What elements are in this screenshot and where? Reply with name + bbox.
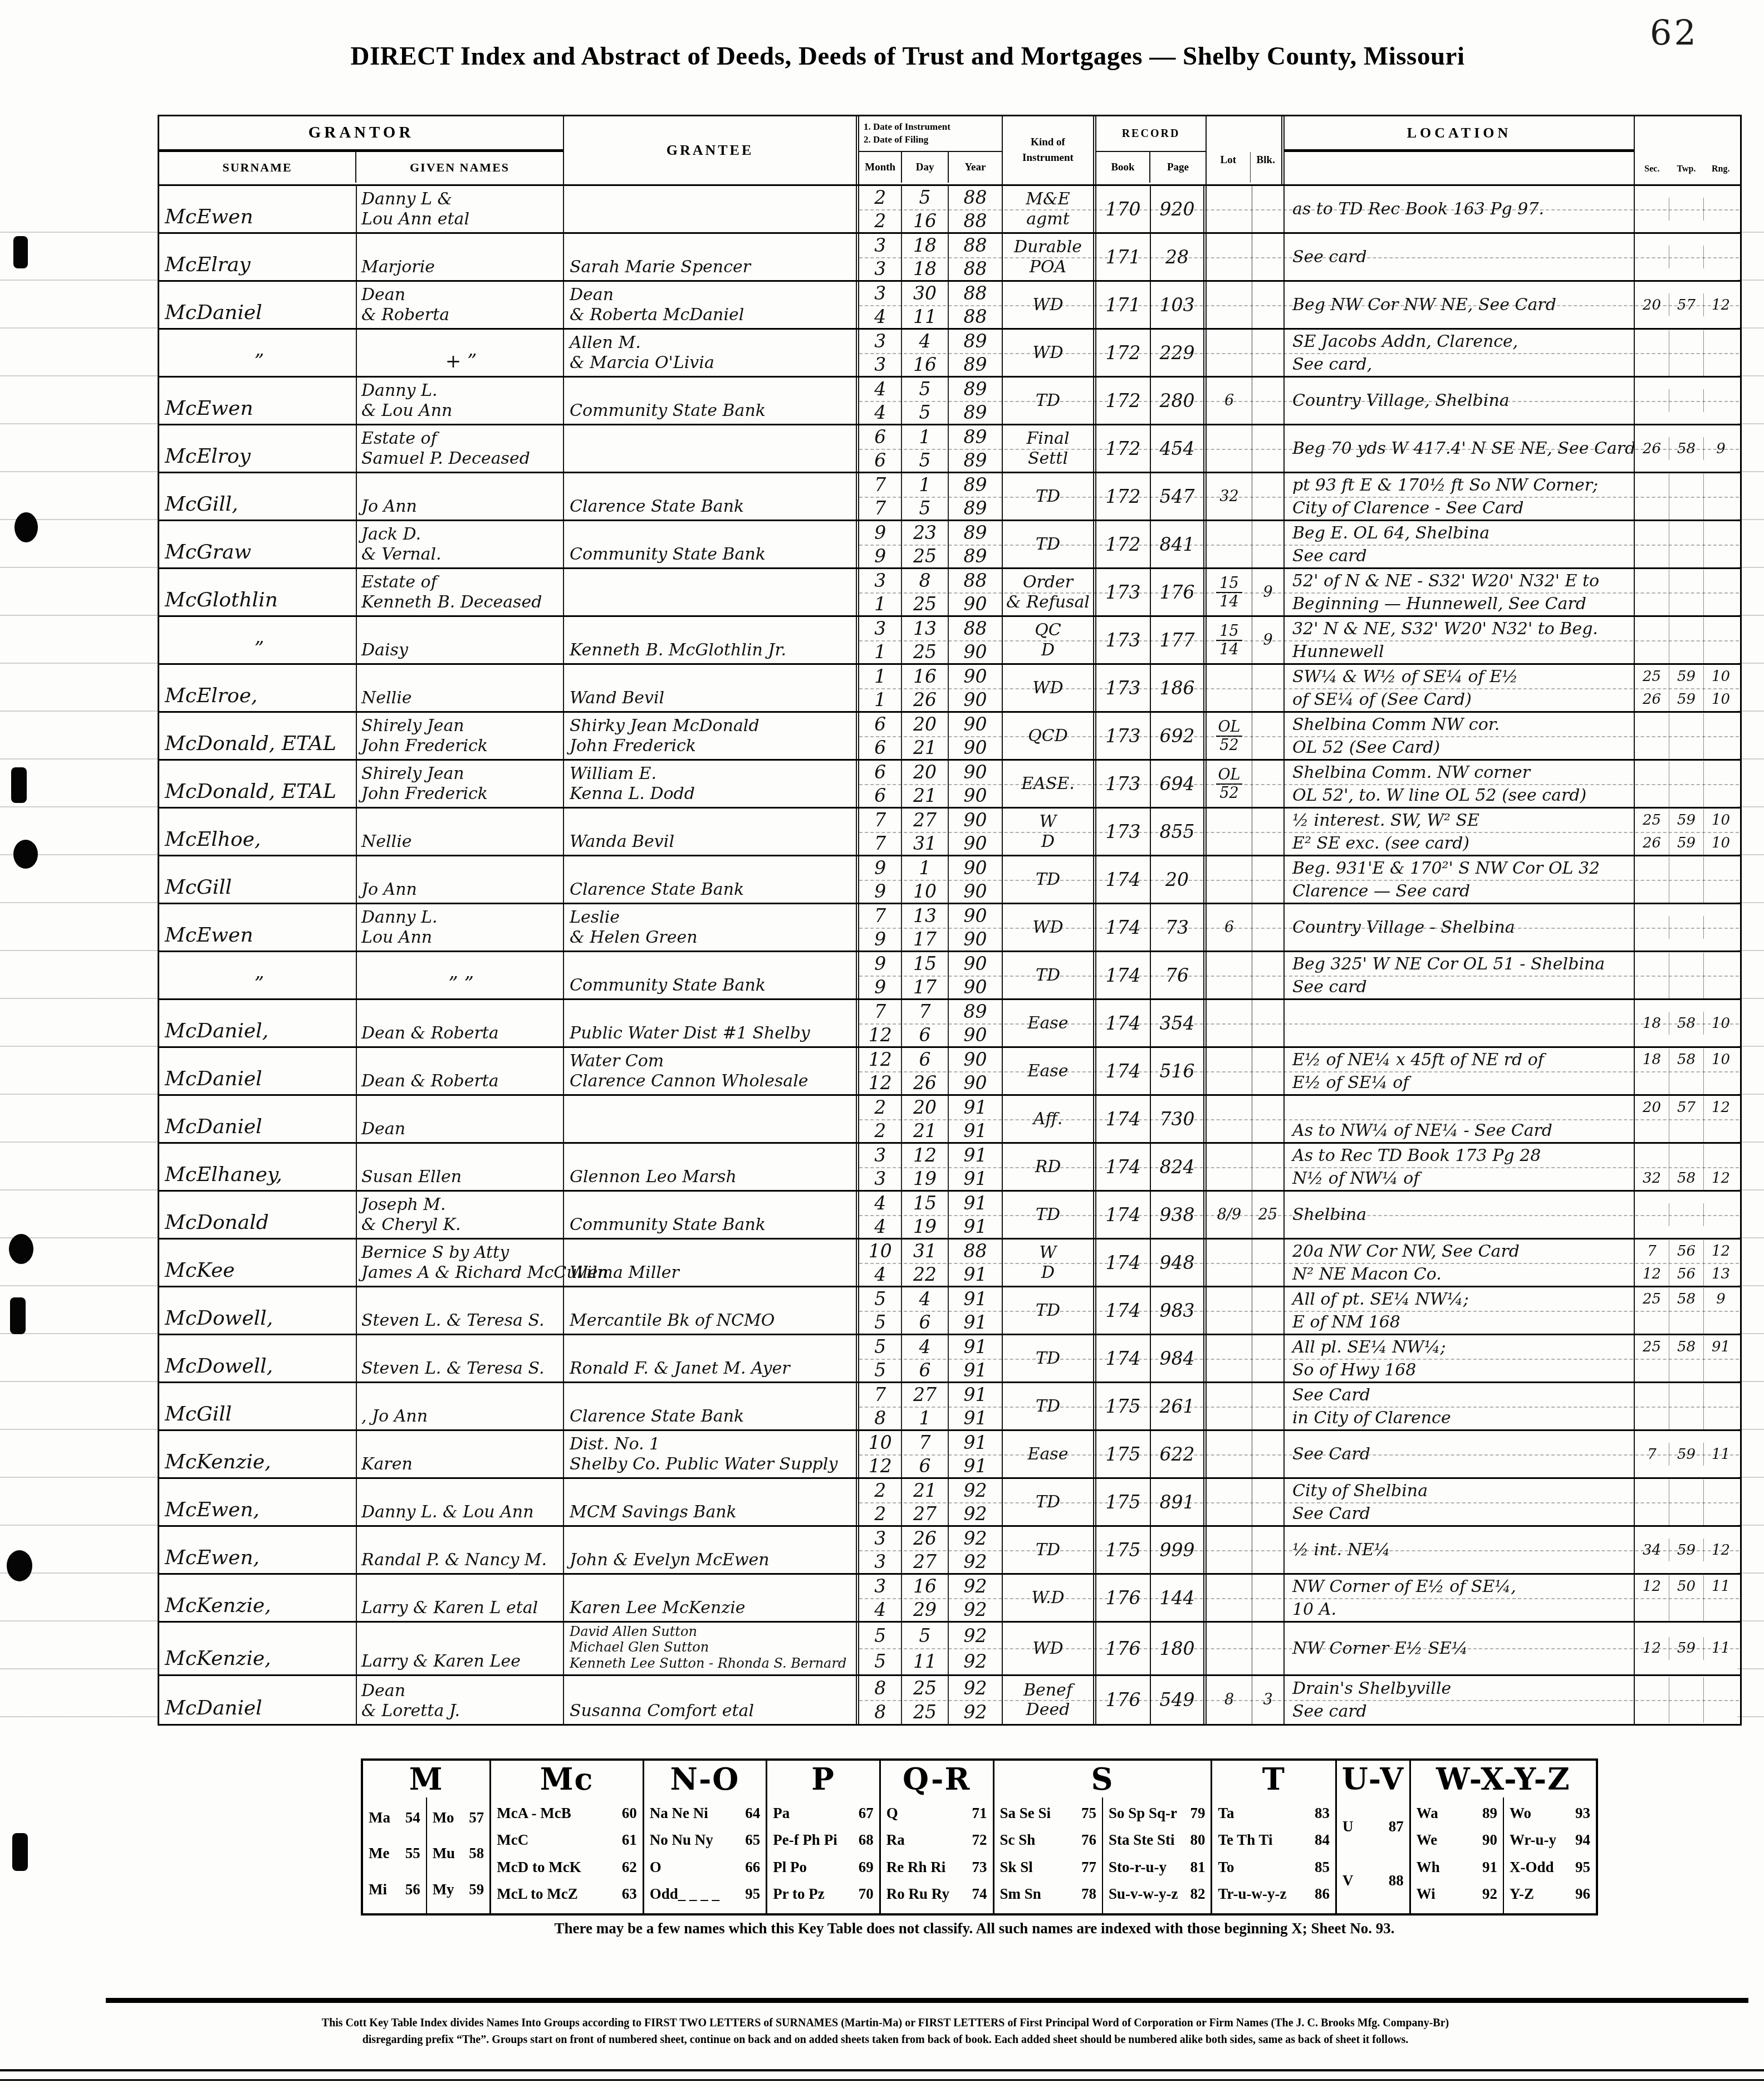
date-of-filing: 12590 <box>859 592 1002 616</box>
grantor-given-names-cell: Estate ofKenneth B. Deceased <box>357 569 564 615</box>
grantor-surname-cell: McDaniel, <box>159 1000 357 1046</box>
sec-twp-rng-cell <box>1635 617 1738 663</box>
date-part: 90 <box>949 1023 1002 1047</box>
date-part: 12 <box>859 1454 902 1478</box>
header-book: Book <box>1096 152 1150 183</box>
grantor-given-names-cell: Dean <box>357 1096 564 1142</box>
ledger-entry-row: ”” ”Community State Bank9159091790TD1747… <box>159 952 1740 1000</box>
key-table-note: There may be a few names which this Key … <box>278 1920 1670 1937</box>
surname-text: McGill <box>165 876 354 899</box>
rng-value <box>1704 1119 1738 1142</box>
kind-of-instrument-cell: RD <box>1003 1144 1096 1190</box>
grantee-text: John & Evelyn McEwen <box>570 1550 854 1570</box>
key-sheet-number: 90 <box>1482 1831 1497 1849</box>
record-page-cell: 20 <box>1151 856 1207 903</box>
location-cell: 20a NW Cor NW, See CardN² NE Macon Co. <box>1285 1240 1635 1286</box>
key-sheet-number: 71 <box>972 1805 987 1822</box>
grantee-cell: Community State Bank <box>564 1192 859 1238</box>
date-part: 6 <box>859 713 902 736</box>
date-part: 4 <box>902 330 948 353</box>
grantor-surname-cell: McKenzie, <box>159 1575 357 1621</box>
header-location-group: LOCATION <box>1285 116 1635 184</box>
location-line: of SE¼ of (See Card) <box>1292 688 1634 711</box>
sec-twp-rng-line <box>1635 389 1738 412</box>
sec-twp-rng-cell <box>1635 761 1738 807</box>
grantor-surname-cell: McDaniel <box>159 1096 357 1142</box>
rng-value <box>1704 713 1738 736</box>
grantee-text: & Marcia O'Livia <box>570 353 854 373</box>
key-sheet-number: 59 <box>469 1881 484 1898</box>
dates-cell: 9159091790 <box>859 952 1003 998</box>
surname-text: McGlothlin <box>165 589 354 612</box>
kind-of-instrument-cell: BenefDeed <box>1003 1676 1096 1724</box>
kind-of-instrument-cell: M&Eagmt <box>1003 186 1096 232</box>
date-of-instrument: 62090 <box>859 713 1002 736</box>
date-part: 21 <box>902 1119 948 1143</box>
key-column: Pa67Pe-f Ph Pi68Pl Po69Pr to Pz70 <box>767 1797 879 1913</box>
header-record: RECORD <box>1096 116 1206 152</box>
record-book-cell: 174 <box>1096 1144 1151 1190</box>
date-part: 26 <box>902 1071 948 1095</box>
date-part: 89 <box>949 497 1002 520</box>
record-page-cell: 855 <box>1151 809 1207 855</box>
date-part: 20 <box>902 761 948 784</box>
record-page-cell: 280 <box>1151 378 1207 424</box>
record-page-cell: 938 <box>1151 1192 1207 1238</box>
blk-cell <box>1252 1479 1285 1525</box>
location-text: All of pt. SE¼ NW¼; <box>1292 1290 1469 1309</box>
sec-twp-rng-cell <box>1635 1192 1738 1238</box>
date-part: 19 <box>902 1167 948 1191</box>
blk-cell <box>1252 521 1285 567</box>
location-cell: Shelbina <box>1285 1192 1635 1238</box>
date-part: 89 <box>949 1000 1002 1023</box>
grantor-given-names-cell: + ” <box>357 330 564 376</box>
grantor-given-names-cell: ” ” <box>357 952 564 998</box>
sec-twp-rng-cell <box>1635 1383 1738 1429</box>
date-of-instrument: 4589 <box>859 378 1002 401</box>
given-names-text: Marjorie <box>361 257 561 277</box>
grantor-given-names-cell: Nellie <box>357 809 564 855</box>
key-section-title: Q-R <box>881 1761 993 1797</box>
twp-value: 59 <box>1669 688 1704 711</box>
key-row: X-Odd95 <box>1504 1859 1596 1876</box>
date-part: 1 <box>902 473 948 497</box>
grantee-cell: David Allen SuttonMichael Glen SuttonKen… <box>564 1623 859 1674</box>
given-names-text: Estate of <box>361 572 561 592</box>
date-of-filing: 122690 <box>859 1071 1002 1095</box>
record-page-cell: 622 <box>1151 1431 1207 1477</box>
hole-punch-mark <box>12 1833 28 1871</box>
sec-twp-rng-line <box>1635 1384 1738 1407</box>
location-line: 32' N & NE, S32' W20' N32' to Beg. <box>1292 618 1634 640</box>
record-book-cell: 170 <box>1096 186 1151 232</box>
twp-value: 59 <box>1669 1637 1704 1660</box>
date-part: 4 <box>859 1263 902 1286</box>
location-line: So of Hwy 168 <box>1292 1359 1634 1381</box>
date-part: 88 <box>949 186 1002 209</box>
date-part: 21 <box>902 784 948 807</box>
heavy-divider-rule <box>106 1998 1748 2003</box>
lot-value: 32 <box>1219 488 1238 505</box>
ledger-entry-row: McDonaldJoseph M.& Cheryl K.Community St… <box>159 1192 1740 1240</box>
date-part: 6 <box>859 784 902 807</box>
date-part: 3 <box>859 1575 902 1598</box>
kind-of-instrument-cell: QCD <box>1003 617 1096 663</box>
grantor-given-names-cell: Karen <box>357 1431 564 1477</box>
header-date-filing: 2. Date of Filing <box>864 134 928 146</box>
key-letter-group: Na Ne Ni <box>650 1805 708 1822</box>
location-text: So of Hwy 168 <box>1292 1360 1416 1380</box>
twp-value <box>1669 353 1704 376</box>
record-book-cell: 174 <box>1096 1096 1151 1142</box>
kind-text: WD <box>1033 343 1064 362</box>
sec-value <box>1635 1479 1669 1502</box>
rng-value <box>1704 330 1738 353</box>
given-names-text: Danny L. <box>361 908 561 927</box>
key-sheet-number: 75 <box>1081 1805 1096 1822</box>
location-text: See Card <box>1292 1444 1370 1464</box>
grantee-text: & Roberta McDaniel <box>570 305 854 325</box>
sec-twp-rng-line <box>1635 545 1738 567</box>
date-part: 31 <box>902 832 948 855</box>
lot-cell <box>1207 1000 1252 1046</box>
location-text: N½ of NW¼ of <box>1292 1169 1419 1188</box>
grantee-text: Allen M. <box>570 333 854 352</box>
location-text: Beginning — Hunnewell, See Card <box>1292 594 1586 614</box>
kind-of-instrument-cell: Ease <box>1003 1000 1096 1046</box>
location-line: As to Rec TD Book 173 Pg 28 <box>1292 1144 1634 1167</box>
kind-text: Aff. <box>1033 1109 1062 1129</box>
sec-value <box>1635 1311 1669 1334</box>
lot-cell: 6 <box>1207 904 1252 951</box>
surname-text: McDowell, <box>165 1307 354 1330</box>
date-part: 90 <box>949 640 1002 664</box>
blk-cell: 3 <box>1252 1676 1285 1724</box>
date-of-instrument: 71390 <box>859 904 1002 928</box>
key-sheet-number: 80 <box>1190 1831 1205 1849</box>
dates-cell: 1079112691 <box>859 1431 1003 1477</box>
key-row: Tr-u-w-y-z86 <box>1212 1885 1335 1903</box>
blk-cell <box>1252 1287 1285 1334</box>
sec-value: 26 <box>1635 832 1669 855</box>
location-text: See card <box>1292 247 1367 267</box>
grantee-text: Dean <box>570 285 854 305</box>
dates-cell: 258821688 <box>859 186 1003 232</box>
lot-value: 52 <box>1216 783 1242 802</box>
record-page-cell: 73 <box>1151 904 1207 951</box>
key-row: McD to McK62 <box>491 1859 643 1876</box>
ledger-entry-row: McGill,Jo AnnClarence State Bank71897589… <box>159 473 1740 521</box>
key-row: No Nu Ny65 <box>644 1831 766 1849</box>
kind-of-instrument-cell: TD <box>1003 521 1096 567</box>
date-of-instrument: 31291 <box>859 1144 1002 1167</box>
header-dates-group: 1. Date of Instrument 2. Date of Filing … <box>859 116 1003 184</box>
record-book-cell: 173 <box>1096 809 1151 855</box>
date-part: 88 <box>949 1240 1002 1263</box>
date-part: 90 <box>949 832 1002 855</box>
date-part: 89 <box>949 378 1002 401</box>
location-line: NW Corner E½ SE¼ <box>1292 1637 1634 1660</box>
given-names-text: Randal P. & Nancy M. <box>361 1550 561 1570</box>
record-book-cell: 175 <box>1096 1527 1151 1573</box>
hole-punch-mark <box>11 767 27 803</box>
location-text: NW Corner of E½ of SE¼, <box>1292 1577 1516 1596</box>
rng-value <box>1704 953 1738 976</box>
given-names-text: Lou Ann <box>361 928 561 947</box>
lot-cell: 1514 <box>1207 617 1252 663</box>
rng-value <box>1704 545 1738 567</box>
key-row: To85 <box>1212 1859 1335 1876</box>
table-header: GRANTOR SURNAME GIVEN NAMES GRANTEE 1. D… <box>159 116 1740 186</box>
date-part: 12 <box>859 1023 902 1047</box>
sec-twp-rng-cell: 125911 <box>1635 1623 1738 1674</box>
lot-cell: 32 <box>1207 473 1252 520</box>
record-page-cell: 948 <box>1151 1240 1207 1286</box>
grantor-surname-cell: McDowell, <box>159 1335 357 1381</box>
date-part: 16 <box>902 665 948 688</box>
grantee-text: William E. <box>570 764 854 783</box>
given-names-text: James A & Richard McCullen <box>361 1263 561 1282</box>
key-row: Pa67 <box>767 1805 879 1822</box>
location-text: Shelbina Comm NW cor. <box>1292 715 1500 734</box>
surname-text: McElhoe, <box>165 828 354 851</box>
sec-value <box>1635 953 1669 976</box>
sec-twp-rng-cell: 255910265910 <box>1635 665 1738 711</box>
grantor-surname-cell: McElray <box>159 234 357 280</box>
location-text: Clarence — See card <box>1292 881 1470 901</box>
record-page-cell: 28 <box>1151 234 1207 280</box>
bottom-edge-rule <box>0 2079 1764 2081</box>
lot-value: 14 <box>1216 640 1242 658</box>
rng-value <box>1704 1502 1738 1525</box>
key-section-n-o: N-ONa Ne Ni64No Nu Ny65O66Odd_ _ _ _95 <box>644 1761 767 1913</box>
location-text: See card <box>1292 977 1367 997</box>
sec-value <box>1635 522 1669 545</box>
twp-value <box>1669 497 1704 520</box>
date-part: 27 <box>902 1502 948 1526</box>
grantor-surname-cell: McDowell, <box>159 1287 357 1334</box>
lot-cell: 6 <box>1207 378 1252 424</box>
date-part: 90 <box>949 592 1002 616</box>
sec-value <box>1635 640 1669 663</box>
sec-twp-rng-line <box>1635 198 1738 221</box>
sec-twp-rng-line <box>1635 857 1738 880</box>
date-part: 8 <box>859 1700 902 1724</box>
grantor-surname-cell: McKenzie, <box>159 1623 357 1674</box>
kind-of-instrument-cell: Aff. <box>1003 1096 1096 1142</box>
twp-value: 58 <box>1669 1012 1704 1035</box>
sheet-number: 62 <box>1650 12 1698 53</box>
location-line: NW Corner of E½ of SE¼, <box>1292 1575 1634 1598</box>
ledger-entry-row: McEwenDanny L.Lou AnnLeslie& Helen Green… <box>159 904 1740 952</box>
date-part: 6 <box>902 1359 948 1382</box>
date-part: 7 <box>859 832 902 855</box>
key-sheet-number: 74 <box>972 1885 987 1903</box>
key-row: Sc Sh76 <box>994 1831 1102 1849</box>
record-book-cell: 174 <box>1096 1048 1151 1094</box>
kind-text: WD <box>1033 295 1064 315</box>
twp-value <box>1669 976 1704 998</box>
sec-twp-rng-cell <box>1635 378 1738 424</box>
grantee-cell: Karen Lee McKenzie <box>564 1575 859 1621</box>
date-part: 20 <box>902 713 948 736</box>
sec-value <box>1635 1203 1669 1226</box>
location-text: All pl. SE¼ NW¼; <box>1292 1338 1446 1357</box>
key-row: Mo57 <box>427 1809 490 1826</box>
twp-value: 59 <box>1669 1539 1704 1561</box>
date-part: 7 <box>859 1000 902 1023</box>
dates-cell: 3269232792 <box>859 1527 1003 1573</box>
kind-text: Order <box>1023 572 1073 592</box>
kind-text: Benef <box>1023 1681 1072 1700</box>
key-letter-group: Wa <box>1417 1805 1438 1822</box>
sec-value <box>1635 330 1669 353</box>
date-part: 3 <box>859 1144 902 1167</box>
date-of-filing: 41188 <box>859 305 1002 329</box>
location-line: SE Jacobs Addn, Clarence, <box>1292 330 1634 353</box>
key-sheet-number: 70 <box>859 1885 874 1903</box>
date-of-filing: 62190 <box>859 736 1002 760</box>
location-text: of SE¼ of (See Card) <box>1292 690 1472 709</box>
key-letter-group: McA - McB <box>497 1805 571 1822</box>
blk-cell <box>1252 713 1285 759</box>
kind-text: D <box>1041 640 1055 660</box>
sec-twp-rng-cell: 185810 <box>1635 1000 1738 1046</box>
grantee-cell: Ronald F. & Janet M. Ayer <box>564 1335 859 1381</box>
date-part: 3 <box>859 617 902 640</box>
rng-value <box>1704 1359 1738 1381</box>
rng-value: 91 <box>1704 1336 1738 1359</box>
rng-value <box>1704 1479 1738 1502</box>
kind-of-instrument-cell: EASE. <box>1003 761 1096 807</box>
twp-value <box>1669 330 1704 353</box>
header-sec: Sec. <box>1635 154 1669 184</box>
lot-value: OL <box>1218 718 1240 736</box>
grantor-given-names-cell: Randal P. & Nancy M. <box>357 1527 564 1573</box>
twp-value <box>1669 618 1704 640</box>
grantor-surname-cell: McGill <box>159 856 357 903</box>
date-part: 7 <box>859 473 902 497</box>
date-of-instrument: 92389 <box>859 521 1002 545</box>
key-column: Wo93Wr-u-y94X-Odd95Y-Z96 <box>1503 1797 1596 1913</box>
date-part: 26 <box>902 688 948 712</box>
date-part: 91 <box>949 1144 1002 1167</box>
date-part: 2 <box>859 1096 902 1119</box>
key-row: Mi56 <box>363 1881 426 1898</box>
key-letter-group: U <box>1342 1818 1354 1835</box>
location-cell: Shelbina Comm. NW cornerOL 52', to. W li… <box>1285 761 1635 807</box>
location-cell: NW Corner E½ SE¼ <box>1285 1623 1635 1674</box>
date-of-filing: 91790 <box>859 928 1002 951</box>
date-of-instrument: 103188 <box>859 1240 1002 1263</box>
ledger-entry-row: McDowell,Steven L. & Teresa S.Mercantile… <box>159 1287 1740 1335</box>
date-part: 5 <box>859 1287 902 1311</box>
date-part: 4 <box>859 1598 902 1621</box>
grantee-cell: MCM Savings Bank <box>564 1479 859 1525</box>
date-part: 17 <box>902 928 948 951</box>
location-line: Hunnewell <box>1292 640 1634 663</box>
sec-value <box>1635 353 1669 376</box>
rng-value <box>1704 1677 1738 1700</box>
sec-value: 25 <box>1635 1336 1669 1359</box>
grantee-text: & Helen Green <box>570 928 854 947</box>
grantor-surname-cell: McElroy <box>159 425 357 472</box>
lot-cell <box>1207 1479 1252 1525</box>
sec-twp-rng-cell: 26589 <box>1635 425 1738 472</box>
key-letter-group: We <box>1417 1831 1438 1849</box>
grantee-text: Karen Lee McKenzie <box>570 1598 854 1618</box>
surname-text: McDaniel <box>165 301 354 325</box>
dates-cell: 3308841188 <box>859 282 1003 328</box>
header-kind-line2: Instrument <box>1022 150 1074 166</box>
dates-cell: 3188831888 <box>859 234 1003 280</box>
grantee-text: Clarence State Bank <box>570 880 854 899</box>
sec-twp-rng-cell <box>1635 1479 1738 1525</box>
date-of-instrument: 7789 <box>859 1000 1002 1023</box>
date-of-instrument: 9190 <box>859 856 1002 880</box>
sec-value <box>1635 497 1669 520</box>
grantor-given-names-cell: Dean& Loretta J. <box>357 1676 564 1724</box>
kind-text: WD <box>1033 678 1064 698</box>
rng-value <box>1704 389 1738 412</box>
sec-value <box>1635 1502 1669 1525</box>
sec-twp-rng-cell: 75612125613 <box>1635 1240 1738 1286</box>
surname-text: McDonald <box>165 1211 354 1234</box>
location-line: City of Clarence - See Card <box>1292 497 1634 520</box>
key-sheet-number: 69 <box>859 1859 874 1876</box>
sec-twp-rng-line <box>1635 736 1738 759</box>
record-book-cell: 171 <box>1096 234 1151 280</box>
date-part: 3 <box>859 282 902 305</box>
kind-of-instrument-cell: W.D <box>1003 1575 1096 1621</box>
grantor-surname-cell: ” <box>159 330 357 376</box>
sec-twp-rng-line <box>1635 1677 1738 1700</box>
date-part: 3 <box>859 1527 902 1550</box>
date-part: 89 <box>949 449 1002 472</box>
date-part: 90 <box>949 952 1002 976</box>
grantor-given-names-cell: Danny L. & Lou Ann <box>357 1479 564 1525</box>
key-sheet-number: 63 <box>622 1885 637 1903</box>
key-column: Na Ne Ni64No Nu Ny65O66Odd_ _ _ _95 <box>644 1797 766 1913</box>
given-names-text: Danny L. & Lou Ann <box>361 1502 561 1522</box>
date-part: 31 <box>902 1240 948 1263</box>
grantor-given-names-cell: Susan Ellen <box>357 1144 564 1190</box>
twp-value <box>1669 1311 1704 1334</box>
key-section-title: M <box>363 1761 489 1797</box>
location-line: Shelbina Comm NW cor. <box>1292 713 1634 736</box>
date-of-instrument: 3489 <box>859 330 1002 353</box>
location-cell: As to NW¼ of NE¼ - See Card <box>1285 1096 1635 1142</box>
rng-value <box>1704 857 1738 880</box>
grantee-cell: Shirky Jean McDonaldJohn Frederick <box>564 713 859 759</box>
rng-value <box>1704 1598 1738 1621</box>
grantee-text: Sarah Marie Spencer <box>570 257 854 277</box>
record-page-cell: 984 <box>1151 1335 1207 1381</box>
kind-of-instrument-cell: Ease <box>1003 1431 1096 1477</box>
date-of-filing: 31888 <box>859 257 1002 281</box>
ledger-entry-row: McGill, Jo AnnClarence State Bank7279181… <box>159 1383 1740 1431</box>
date-part: 7 <box>902 1000 948 1023</box>
date-part: 88 <box>949 305 1002 329</box>
legend-line-2: disregarding prefix “The”. Groups start … <box>167 2031 1604 2048</box>
date-part: 7 <box>859 904 902 928</box>
record-page-cell: 186 <box>1151 665 1207 711</box>
record-book-cell: 172 <box>1096 425 1151 472</box>
lot-cell <box>1207 330 1252 376</box>
twp-value <box>1669 1119 1704 1142</box>
grantor-given-names-cell: Danny L.Lou Ann <box>357 904 564 951</box>
